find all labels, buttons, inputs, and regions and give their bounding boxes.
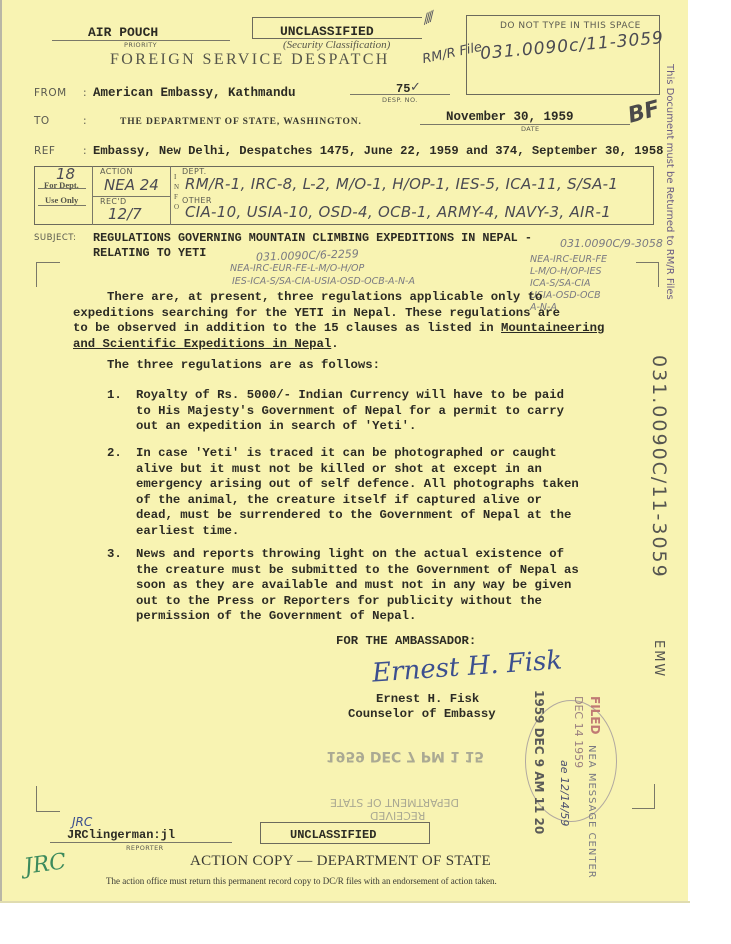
desp-no-label: DESP. NO.: [382, 96, 418, 104]
action-copy-title: ACTION COPY — DEPARTMENT OF STATE: [190, 853, 491, 870]
do-not-type-label: DO NOT TYPE IN THIS SPACE: [500, 21, 641, 31]
date-label: DATE: [521, 125, 540, 133]
center-distribution-2: IES-ICA-S/SA-CIA-USIA-OSD-OCB-A-N-A: [232, 276, 415, 287]
regulation-1: Royalty of Rs. 5000/- Indian Currency wi…: [136, 388, 564, 435]
filed-initials: ae 12/14/59: [558, 760, 571, 826]
from-label: FROM: [34, 87, 67, 99]
signer-title: Counselor of Embassy: [348, 707, 496, 723]
subject-line-1: REGULATIONS GOVERNING MOUNTAIN CLIMBING …: [93, 231, 532, 245]
classification-value: UNCLASSIFIED: [280, 24, 374, 39]
received-org-stamp: DEPARTMENT OF STATE: [330, 796, 459, 809]
action-value: NEA 24: [104, 176, 159, 194]
info-letters: I N F O: [174, 172, 180, 212]
priority-label: PRIORITY: [124, 41, 157, 49]
vertical-file-stamp: 031.0090C/11-3059: [648, 355, 670, 579]
regulation-2-number: 2.: [107, 446, 122, 462]
action-instructions: The action office must return this perma…: [106, 876, 497, 886]
ref-label: REF: [34, 145, 55, 157]
page-edge: [0, 901, 690, 903]
received-date-stamp: 1959 DEC 7 PM 1 15: [326, 748, 484, 764]
from-value: American Embassy, Kathmandu: [93, 86, 296, 100]
message-center-date: 1959 DEC 9 AM 11 20: [532, 690, 546, 834]
regulation-3: News and reports throwing light on the a…: [136, 547, 579, 625]
regulation-2: In case 'Yeti' is traced it can be photo…: [136, 446, 579, 539]
form-title: FOREIGN SERVICE DESPATCH: [110, 51, 390, 69]
return-to-files-note: This Document must be Returned to RM/R F…: [664, 64, 675, 300]
subject-line-2: RELATING TO YETI: [93, 246, 206, 260]
other-distribution: CIA-10, USIA-10, OSD-4, OCB-1, ARMY-4, N…: [185, 203, 611, 221]
for-dept-label: For Dept.: [44, 180, 79, 190]
to-label: TO: [34, 115, 50, 127]
referenced-publication-title: Mountaineering: [501, 321, 604, 335]
check-mark-icon: ✓: [410, 80, 421, 95]
regulation-1-number: 1.: [107, 388, 122, 404]
message-center-label: NEA MESSAGE CENTER: [586, 745, 597, 879]
filed-date-stamp: DEC 14 1959: [572, 696, 585, 768]
signer-name: Ernest H. Fisk: [376, 692, 479, 708]
reporter-initials-handwritten: JRC: [72, 815, 92, 829]
priority-value: AIR POUCH: [88, 25, 158, 40]
subject-label: SUBJECT:: [34, 233, 76, 243]
recd-value: 12/7: [108, 205, 142, 223]
center-distribution-1: NEA-IRC-EUR-FE-L-M/O-H/OP: [230, 263, 364, 274]
reporter-value: JRClingerman:jl: [67, 828, 175, 842]
use-only-label: Use Only: [45, 195, 78, 205]
dept-distribution: RM/R-1, IRC-8, L-2, M/O-1, H/OP-1, IES-5…: [185, 175, 618, 193]
ref-value: Embassy, New Delhi, Despatches 1475, Jun…: [93, 144, 663, 158]
to-value: THE DEPARTMENT OF STATE, WASHINGTON.: [120, 117, 362, 127]
right-file-number: 031.0090C/9-3058: [560, 237, 663, 250]
for-the-ambassador: FOR THE AMBASSADOR:: [336, 634, 476, 650]
regulations-intro: The three regulations are as follows:: [107, 358, 380, 374]
footer-classification: UNCLASSIFIED: [290, 828, 376, 842]
vertical-initials-stamp: EMW: [651, 640, 666, 678]
reporter-label: REPORTER: [126, 844, 164, 852]
classification-label: (Security Classification): [283, 39, 390, 51]
filed-stamp: FILED: [588, 696, 602, 734]
regulation-3-number: 3.: [107, 547, 122, 563]
action-label: ACTION: [100, 167, 133, 176]
received-word-stamp: RECEIVED: [370, 809, 425, 822]
date-value: November 30, 1959: [446, 110, 574, 124]
intro-paragraph: There are, at present, three regulations…: [73, 290, 604, 352]
